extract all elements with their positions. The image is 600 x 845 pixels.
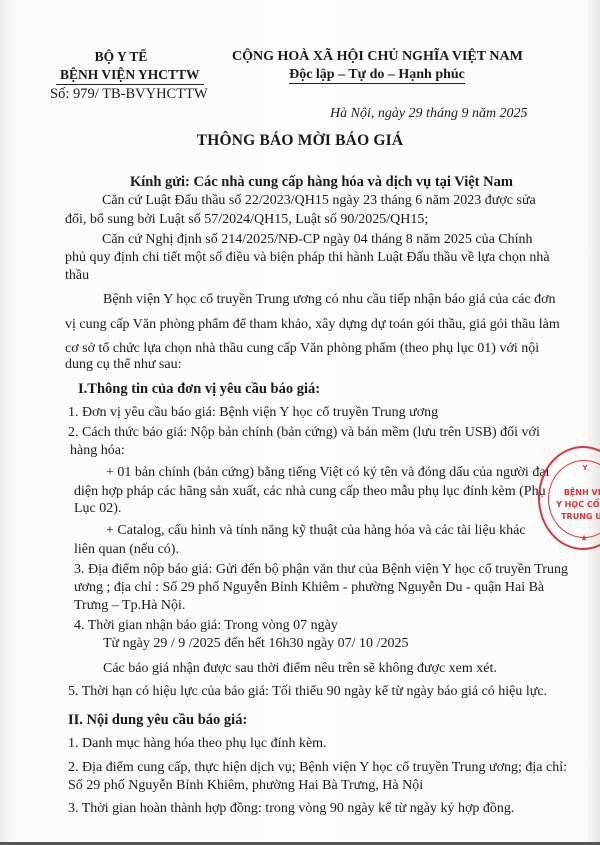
section1-item2-line2: hàng hóa: <box>70 442 125 460</box>
intro-line4: dung cụ thể như sau: <box>65 356 181 374</box>
section1-item5: 5. Thời hạn có hiệu lực của báo giá: Tối… <box>68 683 547 701</box>
national-heading: CỘNG HOÀ XÃ HỘI CHỦ NGHĨA VIỆT NAM Độc l… <box>232 48 522 84</box>
section1-sub2-line2: liên quan (nếu có). <box>74 541 179 559</box>
issuer-block: BỘ Y TẾ BỆNH VIỆN YHCTTW Số: 979/ TB-BVY… <box>56 48 186 103</box>
red-seal-stamp: Y BỆNH VIỆ Y HỌC CỔ TR TRUNG ƯƠ ★ <box>538 446 600 550</box>
section1-item1: 1. Đơn vị yêu cầu báo giá: Bệnh viện Y h… <box>68 404 438 422</box>
section1-item3-line3: Trưng – Tp.Hà Nội. <box>74 597 185 615</box>
section1-item4-note: Các báo giá nhận được sau thời điểm nêu … <box>103 660 497 678</box>
section1-sub1-line3: Lục 02). <box>74 500 121 518</box>
section2-item2-line1: 2. Địa điểm cung cấp, thực hiện dịch vụ;… <box>68 759 567 777</box>
section1-sub2-line1: + Catalog, cấu hình và tính năng kỹ thuậ… <box>106 522 526 540</box>
ministry-name: BỘ Y TẾ <box>56 48 186 66</box>
basis-law-line2: đổi, bổ sung bởi Luật số 57/2024/QH15, L… <box>65 211 428 229</box>
basis-decree-line1: Căn cứ Nghị định số 214/2025/NĐ-CP ngày … <box>102 231 530 249</box>
basis-law-line1: Căn cứ Luật Đấu thầu số 22/2023/QH15 ngà… <box>102 192 530 210</box>
document-page: BỘ Y TẾ BỆNH VIỆN YHCTTW Số: 979/ TB-BVY… <box>0 0 600 845</box>
section1-item3-line1: 3. Địa điểm nộp báo giá: Gửi đến bộ phận… <box>74 561 568 579</box>
section1-item3-line2: ương ; địa chỉ : Số 29 phố Nguyễn Bỉnh K… <box>74 579 544 597</box>
document-number: Số: 979/ TB-BVYHCTTW <box>50 85 186 103</box>
basis-decree-line2: phủ quy định chi tiết một số điều và biệ… <box>65 249 550 267</box>
intro-line2: vị cung cấp Văn phòng phẩm để tham khảo,… <box>65 316 530 334</box>
section1-sub1-line2: diện hợp pháp các hãng sản xuất, các nhà… <box>74 483 546 501</box>
star-icon: ★ <box>540 534 600 544</box>
document-title: THÔNG BÁO MỜI BÁO GIÁ <box>0 132 600 150</box>
section2-heading: II. Nội dung yêu cầu báo giá: <box>68 711 247 729</box>
salutation: Kính gửi: Các nhà cung cấp hàng hóa và d… <box>130 173 513 191</box>
place-date: Hà Nội, ngày 29 tháng 9 năm 2025 <box>330 106 528 122</box>
section1-sub1-line1: + 01 bản chính (bản cứng) bằng tiếng Việ… <box>106 464 549 482</box>
section2-item1: 1. Danh mục hàng hóa theo phụ lục đính k… <box>68 735 327 753</box>
section1-item4-line1: 4. Thời gian nhận báo giá: Trong vòng 07… <box>74 617 338 635</box>
section2-item3: 3. Thời gian hoàn thành hợp đồng: trong … <box>68 800 514 818</box>
basis-decree-line3: thầu <box>65 267 89 285</box>
intro-line1: Bệnh viện Y học cổ truyền Trung ương có … <box>103 291 530 309</box>
hospital-name: BỆNH VIỆN YHCTTW <box>56 66 204 85</box>
section1-item2-line1: 2. Cách thức báo giá: Nộp bản chính (bản… <box>68 424 540 442</box>
nation-title: CỘNG HOÀ XÃ HỘI CHỦ NGHĨA VIỆT NAM <box>232 48 522 66</box>
national-motto: Độc lập – Tự do – Hạnh phúc <box>289 67 465 84</box>
section1-heading: I.Thông tin của đơn vị yêu cầu báo giá: <box>78 380 320 398</box>
section2-item2-line2: Số 29 phố Nguyễn Bỉnh Khiêm, phường Hai … <box>68 777 423 795</box>
section1-item4-line2: Từ ngày 29 / 9 /2025 đến hết 16h30 ngày … <box>103 635 408 653</box>
